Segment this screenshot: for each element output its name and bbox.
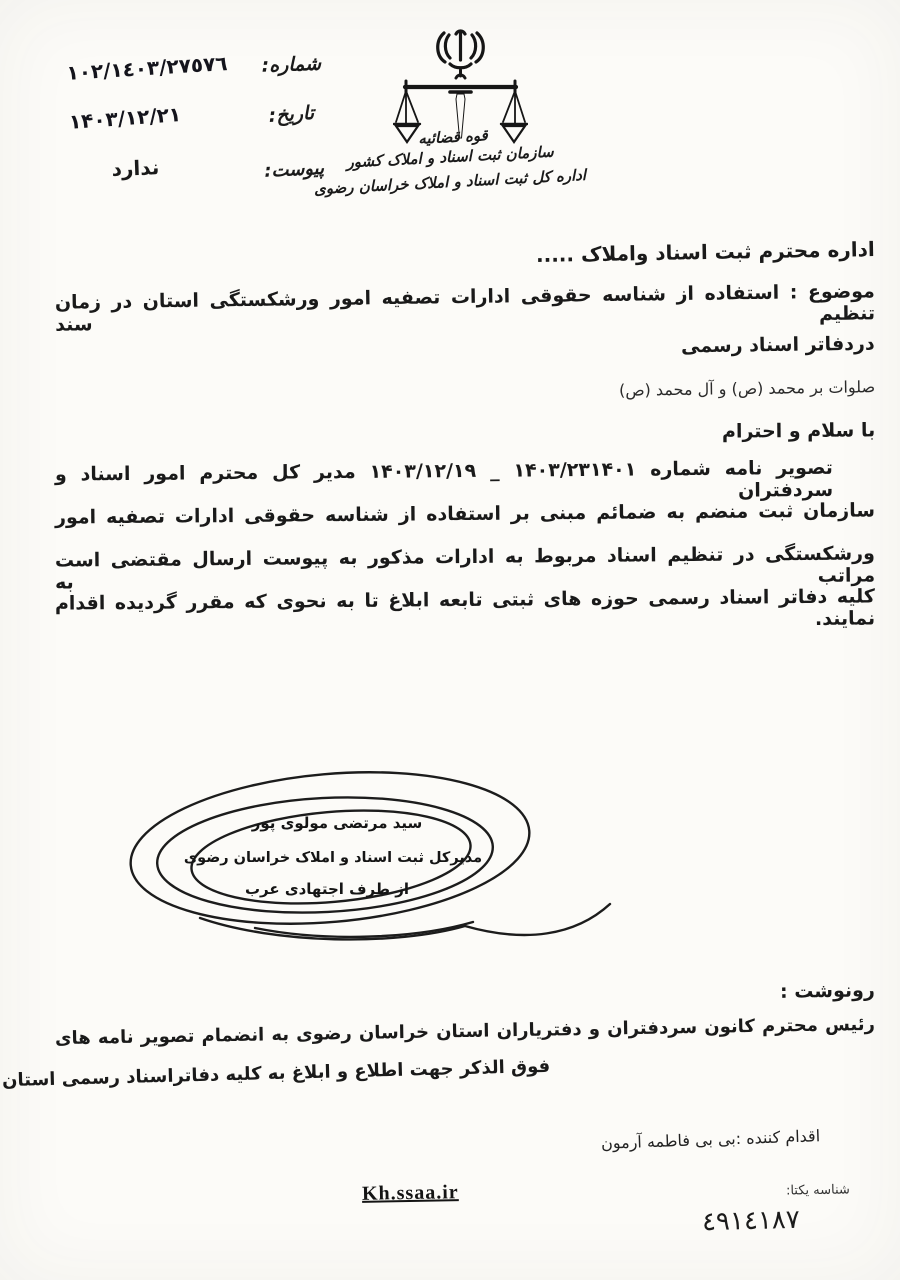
signature-stamp: سید مرتضی مولوی پور مدیرکل ثبت اسناد و ا… [105,758,615,953]
letter-number-value: ١٠٢/١٤٠٣/٢٧٥٧٦ [47,50,246,86]
signer-name: سید مرتضی مولوی پور [251,814,423,833]
actor-line: اقدام کننده :بی بی فاطمه آرمون [601,1126,821,1153]
scanned-letter-page: ١٠٢/١٤٠٣/٢٧٥٧٦ شماره: ۱۴۰۳/۱۲/۲۱ تاریخ: … [0,0,900,1280]
subject-line-1: موضوع : استفاده از شناسه حقوقی ادارات تص… [55,280,876,335]
signer-on-behalf: از طرف اجتهادی عرب [245,880,409,898]
letter-number-label: شماره: [243,53,322,78]
salawat-line: صلوات بر محمد (ص) و آل محمد (ص) [619,377,875,400]
cc-line-1: رئیس محترم کانون سردفتران و دفتریاران اس… [55,1014,875,1049]
unique-id-label: شناسه یکتا: [786,1182,850,1198]
letter-date-label: تاریخ: [251,102,314,128]
body-paragraph-line: کلیه دفاتر اسناد رسمی حوزه های ثبتی تابع… [55,585,875,636]
unique-id-value: ٤٩١٤١٨٧ [702,1205,801,1238]
cc-line-2: فوق الذکر جهت اطلاع و ابلاغ به کلیه دفات… [2,1056,551,1091]
signer-title: مدیرکل ثبت اسناد و املاک خراسان رضوی [184,850,482,866]
letter-date-value: ۱۴۰۳/۱۲/۲۱ [49,101,200,135]
website-url: Kh.ssaa.ir [362,1181,459,1206]
greeting-line: با سلام و احترام [722,419,875,442]
subject-line-2: دردفاتر اسناد رسمی [681,333,875,358]
cc-label: رونوشت : [780,979,875,1003]
attachment-value: ندارد [88,154,184,181]
recipient-line: اداره محترم ثبت اسناد واملاک ..... [536,237,875,267]
